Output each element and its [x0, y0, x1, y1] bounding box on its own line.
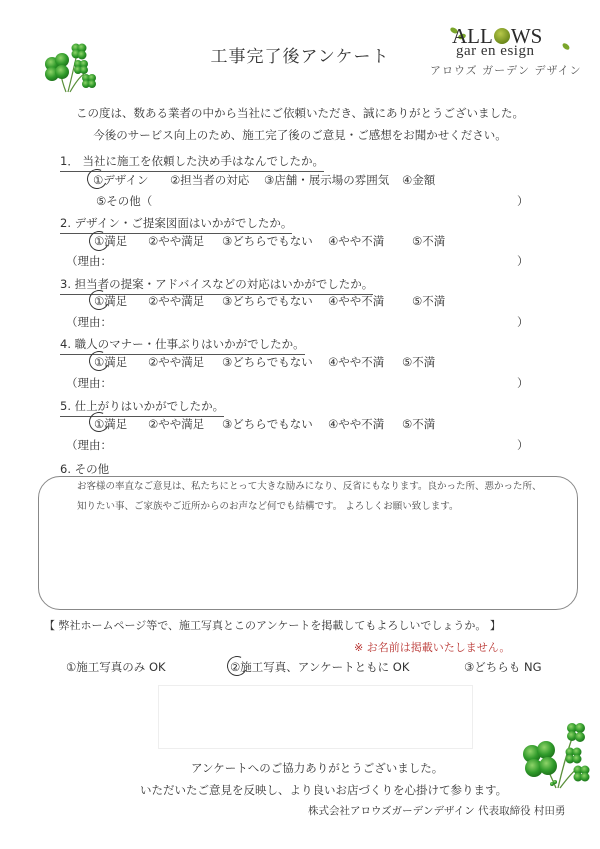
question-5-heading: 5. 仕上がりはいかがでしたか。 — [60, 398, 224, 417]
thanks-line-2: いただいたご意見を反映し、より良いお店づくりを心掛けて参ります。 — [140, 782, 507, 798]
q5-reason-label[interactable]: （理由： — [66, 437, 112, 453]
name-not-published-note: ※ お名前は掲載いたしません。 — [354, 639, 510, 655]
brand-logo: ALLWS gar en esign アロウズ ガーデン デザイン — [430, 24, 590, 82]
clover-decoration-bottom — [518, 718, 594, 790]
q5-option-somewhat-satisfied[interactable]: ②やや満足 — [148, 416, 204, 432]
q1-option-other[interactable]: ⑤その他（ — [96, 193, 152, 209]
permission-option-neither[interactable]: ③どちらも NG — [464, 659, 541, 675]
q2-option-dissatisfied[interactable]: ⑤不満 — [412, 233, 445, 249]
q3-option-dissatisfied[interactable]: ⑤不満 — [412, 293, 445, 309]
permission-question: 【 弊社ホームページ等で、施工写真とこのアンケートを掲載してもよろしいでしょうか… — [44, 617, 501, 633]
q4-option-neutral[interactable]: ③どちらでもない — [222, 354, 313, 370]
comment-prompt-line-1: お客様の率直なご意見は、私たちにとって大きな励みになり、反省にもなります。良かっ… — [77, 477, 542, 497]
q2-option-neutral[interactable]: ③どちらでもない — [222, 233, 313, 249]
close-paren: ） — [517, 253, 529, 269]
q5-option-dissatisfied[interactable]: ⑤不満 — [402, 416, 435, 432]
question-5: 5. 仕上がりはいかがでしたか。 — [60, 395, 224, 417]
permission-option-photos-only[interactable]: ①施工写真のみ OK — [66, 659, 166, 675]
q4-option-somewhat-dissatisfied[interactable]: ④やや不満 — [328, 354, 384, 370]
brand-o-ball-icon — [494, 28, 510, 44]
clover-icon — [518, 718, 594, 790]
question-2-options: ①満足 ②やや満足 ③どちらでもない ④やや不満 ⑤不満 — [0, 233, 600, 249]
q3-option-somewhat-dissatisfied[interactable]: ④やや不満 — [328, 293, 384, 309]
q1-option-showroom[interactable]: ③店舗・展示場の雰囲気 — [264, 172, 389, 188]
q1-option-staff[interactable]: ②担当者の対応 — [170, 172, 249, 188]
intro-line-1: この度は、数ある業者の中から当社にご依頼いただき、誠にありがとうございました。 — [0, 105, 600, 121]
question-1-other: ⑤その他（ ） — [0, 193, 600, 209]
brand-kana: アロウズ ガーデン デザイン — [430, 62, 590, 78]
comment-prompt-line-2: 知りたい事、ご家族やご近所からのお声など何でも結構です。 よろしくお願い致します… — [77, 497, 459, 517]
question-5-reason: （理由： ） — [0, 437, 600, 453]
brand-subtitle: gar en esign — [456, 43, 600, 60]
q3-option-somewhat-satisfied[interactable]: ②やや満足 — [148, 293, 204, 309]
q3-option-neutral[interactable]: ③どちらでもない — [222, 293, 313, 309]
q5-option-neutral[interactable]: ③どちらでもない — [222, 416, 313, 432]
question-4-options: ①満足 ②やや満足 ③どちらでもない ④やや不満 ⑤不満 — [0, 354, 600, 370]
q2-option-somewhat-satisfied[interactable]: ②やや満足 — [148, 233, 204, 249]
question-2-reason: （理由： ） — [0, 253, 600, 269]
question-5-options: ①満足 ②やや満足 ③どちらでもない ④やや不満 ⑤不満 — [0, 416, 600, 432]
intro-line-2: 今後のサービス向上のため、施工完了後のご意見・ご感想をお聞かせください。 — [0, 127, 600, 143]
q1-option-price[interactable]: ④金額 — [402, 172, 435, 188]
q2-option-somewhat-dissatisfied[interactable]: ④やや不満 — [328, 233, 384, 249]
question-3: 3. 担当者の提案・アドバイスなどの対応はいかがでしたか。 — [60, 273, 373, 295]
signature: 株式会社アロウズガーデンデザイン 代表取締役 村田勇 — [308, 803, 565, 818]
q5-option-somewhat-dissatisfied[interactable]: ④やや不満 — [328, 416, 384, 432]
q3-reason-label[interactable]: （理由： — [66, 314, 112, 330]
permission-option-photos-and-survey[interactable]: ②施工写真、アンケートともに OK — [230, 659, 409, 675]
question-3-reason: （理由： ） — [0, 314, 600, 330]
close-paren: ） — [517, 193, 529, 209]
q4-option-somewhat-satisfied[interactable]: ②やや満足 — [148, 354, 204, 370]
q4-reason-label[interactable]: （理由： — [66, 375, 112, 391]
thanks-line-1: アンケートへのご協力ありがとうございました。 — [191, 760, 443, 776]
permission-options: ①施工写真のみ OK ②施工写真、アンケートともに OK ③どちらも NG — [0, 659, 600, 675]
question-3-options: ①満足 ②やや満足 ③どちらでもない ④やや不満 ⑤不満 — [0, 293, 600, 309]
q4-option-dissatisfied[interactable]: ⑤不満 — [402, 354, 435, 370]
q2-reason-label[interactable]: （理由： — [66, 253, 112, 269]
close-paren: ） — [517, 375, 529, 391]
comment-textarea[interactable]: お客様の率直なご意見は、私たちにとって大きな励みになり、反省にもなります。良かっ… — [38, 476, 578, 610]
question-4-reason: （理由： ） — [0, 375, 600, 391]
blank-signature-box — [158, 685, 473, 749]
question-1-options: ①デザイン ②担当者の対応 ③店舗・展示場の雰囲気 ④金額 — [0, 172, 600, 188]
close-paren: ） — [517, 437, 529, 453]
close-paren: ） — [517, 314, 529, 330]
